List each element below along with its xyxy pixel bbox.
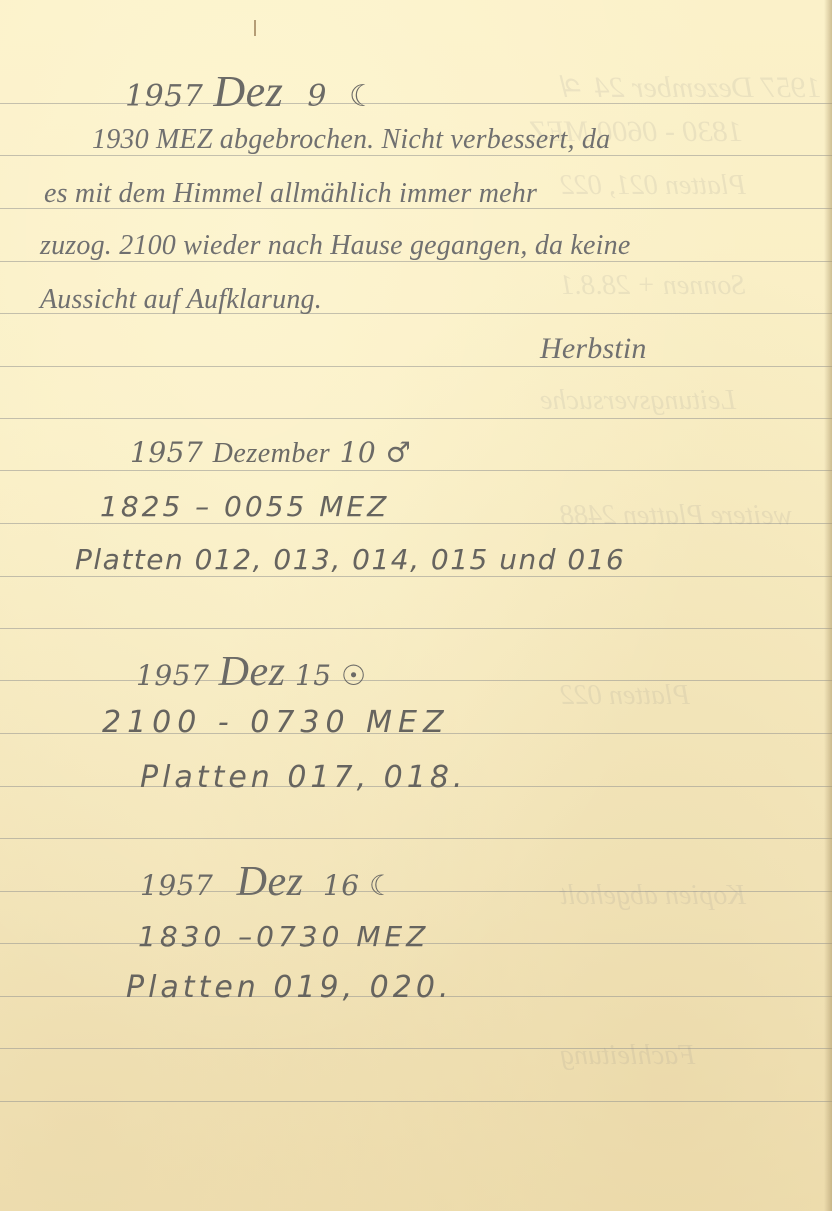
bleed-through-text: weitere Platten 2488 [560, 500, 792, 532]
entry-text-line: 1930 MEZ abgebrochen. Nicht verbessert, … [92, 124, 610, 156]
date-day: 9 [307, 79, 327, 114]
ruled-line [0, 1101, 832, 1102]
date-year: 1957 [140, 869, 213, 902]
entry-date-heading: 1957 Dez 16 ☾ [140, 858, 395, 906]
entry-text-line: es mit dem Himmel allmählich immer mehr [44, 178, 537, 210]
entry-date-heading: 1957 Dezember 10 ♂ [130, 436, 411, 470]
notebook-page: 1957 Dezember 24 ♃ 1830 - 0600 MEZ Platt… [0, 0, 832, 1211]
entry-text-line: Aussicht auf Aufklarung. [40, 284, 322, 316]
date-month: Dez [213, 67, 283, 116]
ruled-line [0, 418, 832, 419]
mars-icon: ♂ [386, 436, 412, 469]
date-day: 16 [323, 869, 360, 902]
plates-list: Platten 012, 013, 014, 015 und 016 [75, 543, 625, 576]
moon-icon: ☾ [349, 79, 376, 114]
date-day: 10 [340, 436, 377, 469]
sun-icon: ☉ [341, 659, 367, 692]
date-year: 1957 [136, 659, 209, 692]
ruled-line [0, 628, 832, 629]
ruled-line [0, 470, 832, 471]
entry-date-heading: 1957 Dez 9 ☾ [125, 66, 376, 117]
bleed-through-text: Kopien abgeholt [560, 880, 746, 912]
observation-time: 2100 - 0730 MEZ [102, 705, 450, 740]
bleed-through-text: 1957 Dezember 24 ♃ [560, 70, 821, 105]
plates-list: Platten 017, 018. [140, 760, 466, 795]
signature: Herbstin [540, 332, 647, 366]
date-year: 1957 [125, 79, 203, 114]
observation-time: 1830 –0730 MEZ [138, 920, 429, 953]
observation-time: 1825 – 0055 MEZ [100, 490, 389, 523]
date-month: Dez [237, 859, 304, 905]
bleed-through-text: Platten 021, 022 [560, 170, 746, 202]
bleed-through-text: Platten 022 [560, 680, 690, 712]
ruled-line [0, 366, 832, 367]
plates-list: Platten 019, 020. [126, 970, 452, 1005]
date-day: 15 [295, 659, 332, 692]
bleed-through-text: Fachleitung [560, 1040, 695, 1072]
date-year: 1957 [130, 436, 203, 469]
date-month: Dez [219, 649, 286, 695]
ruled-line [0, 576, 832, 577]
bleed-through-text: Sonnen + 28.8.1 [560, 270, 745, 302]
moon-icon: ☾ [369, 869, 395, 902]
ruled-line [0, 1048, 832, 1049]
ruled-line [0, 838, 832, 839]
margin-tick-mark [254, 20, 256, 36]
date-month: Dezember [213, 438, 331, 469]
entry-text-line: zuzog. 2100 wieder nach Hause gegangen, … [40, 230, 631, 262]
entry-date-heading: 1957 Dez 15 ☉ [136, 648, 367, 696]
bleed-through-text: Leitungsversuche [540, 385, 736, 417]
ruled-line [0, 680, 832, 681]
